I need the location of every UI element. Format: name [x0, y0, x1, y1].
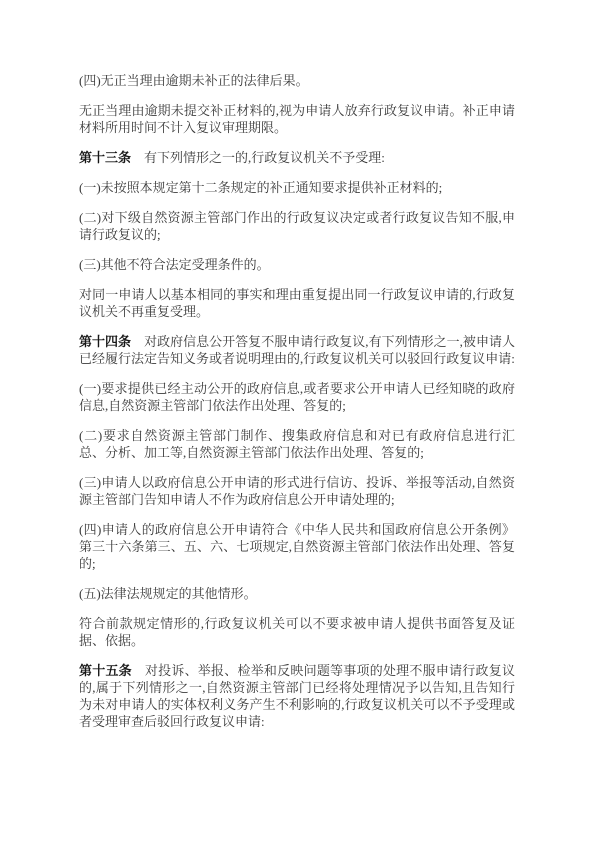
paragraph: (四)申请人的政府信息公开申请符合《中华人民共和国政府信息公开条例》第三十六条第…	[79, 521, 515, 572]
paragraph-text: (四)无正当理由逾期未补正的法律后果。	[79, 73, 309, 88]
paragraph-text: (三)其他不符合法定受理条件的。	[79, 257, 270, 272]
paragraph-text: (三)申请人以政府信息公开申请的形式进行信访、投诉、举报等活动,自然资源主管部门…	[79, 475, 515, 507]
paragraph-text: 对政府信息公开答复不服申请行政复议,有下列情形之一,被申请人已经履行法定告知义务…	[79, 334, 515, 366]
paragraph: 对同一申请人以基本相同的事实和理由重复提出同一行政复议申请的,行政复议机关不再重…	[79, 286, 515, 320]
paragraph-text: (二)对下级自然资源主管部门作出的行政复议决定或者行政复议告知不服,申请行政复议…	[79, 210, 515, 242]
paragraph: (四)无正当理由逾期未补正的法律后果。	[79, 72, 515, 89]
paragraph: 无正当理由逾期未提交补正材料的,视为申请人放弃行政复议申请。补正申请材料所用时间…	[79, 102, 515, 136]
paragraph: 第十四条对政府信息公开答复不服申请行政复议,有下列情形之一,被申请人已经履行法定…	[79, 333, 515, 367]
document-body: (四)无正当理由逾期未补正的法律后果。无正当理由逾期未提交补正材料的,视为申请人…	[79, 72, 515, 730]
paragraph: (二)对下级自然资源主管部门作出的行政复议决定或者行政复议告知不服,申请行政复议…	[79, 209, 515, 243]
paragraph: (一)要求提供已经主动公开的政府信息,或者要求公开申请人已经知晓的政府信息,自然…	[79, 380, 515, 414]
paragraph: 第十五条对投诉、举报、检举和反映问题等事项的处理不服申请行政复议的,属于下列情形…	[79, 662, 515, 730]
paragraph-text: 有下列情形之一的,行政复议机关不予受理:	[144, 150, 385, 165]
paragraph: 第十三条有下列情形之一的,行政复议机关不予受理:	[79, 149, 515, 166]
paragraph: (二)要求自然资源主管部门制作、搜集政府信息和对已有政府信息进行汇总、分析、加工…	[79, 427, 515, 461]
article-number: 第十五条	[79, 663, 132, 678]
paragraph-text: 对同一申请人以基本相同的事实和理由重复提出同一行政复议申请的,行政复议机关不再重…	[79, 287, 515, 319]
document-page: (四)无正当理由逾期未补正的法律后果。无正当理由逾期未提交补正材料的,视为申请人…	[0, 0, 595, 841]
paragraph-text: 无正当理由逾期未提交补正材料的,视为申请人放弃行政复议申请。补正申请材料所用时间…	[79, 103, 515, 135]
paragraph-text: (四)申请人的政府信息公开申请符合《中华人民共和国政府信息公开条例》第三十六条第…	[79, 522, 515, 571]
paragraph-text: 对投诉、举报、检举和反映问题等事项的处理不服申请行政复议的,属于下列情形之一,自…	[79, 663, 515, 729]
paragraph-text: (一)未按照本规定第十二条规定的补正通知要求提供补正材料的;	[79, 180, 442, 195]
paragraph: (五)法律法规规定的其他情形。	[79, 585, 515, 602]
paragraph-text: 符合前款规定情形的,行政复议机关可以不要求被申请人提供书面答复及证据、依据。	[79, 616, 515, 648]
paragraph: (三)其他不符合法定受理条件的。	[79, 256, 515, 273]
paragraph: (一)未按照本规定第十二条规定的补正通知要求提供补正材料的;	[79, 179, 515, 196]
paragraph-text: (五)法律法规规定的其他情形。	[79, 586, 257, 601]
article-number: 第十四条	[79, 334, 131, 349]
paragraph-text: (二)要求自然资源主管部门制作、搜集政府信息和对已有政府信息进行汇总、分析、加工…	[79, 428, 515, 460]
paragraph: (三)申请人以政府信息公开申请的形式进行信访、投诉、举报等活动,自然资源主管部门…	[79, 474, 515, 508]
paragraph-text: (一)要求提供已经主动公开的政府信息,或者要求公开申请人已经知晓的政府信息,自然…	[79, 381, 515, 413]
paragraph: 符合前款规定情形的,行政复议机关可以不要求被申请人提供书面答复及证据、依据。	[79, 615, 515, 649]
article-number: 第十三条	[79, 150, 131, 165]
